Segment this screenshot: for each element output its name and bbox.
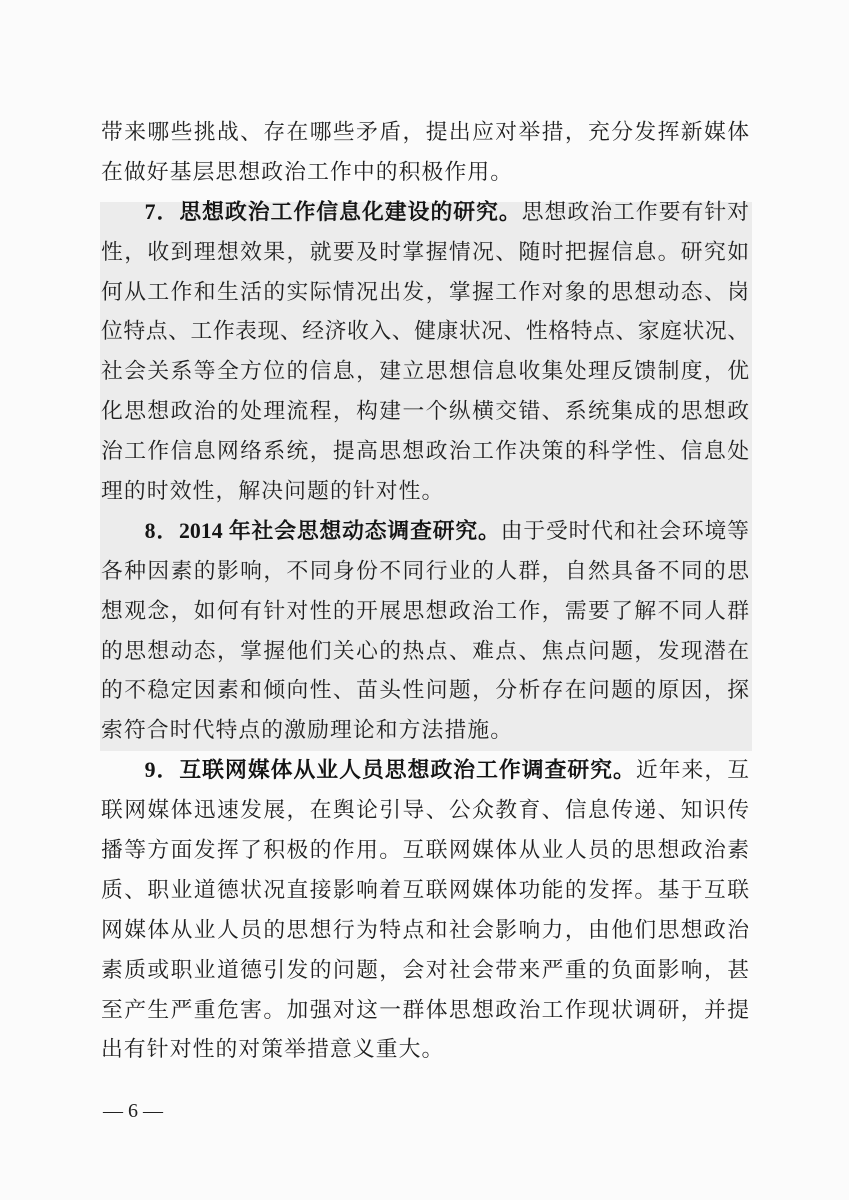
text-line: 的思想动态，掌握他们关心的热点、难点、焦点问题，发现潜在 bbox=[101, 632, 749, 672]
paragraph-7: 7．思想政治工作信息化建设的研究。思想政治工作要有针对性，收到理想效果，就要及时… bbox=[101, 193, 749, 512]
document-page: 带来哪些挑战、存在哪些矛盾，提出应对举措，充分发挥新媒体在做好基层思想政治工作中… bbox=[0, 0, 849, 1200]
text-line: 9．互联网媒体从业人员思想政治工作调查研究。近年来，互 bbox=[101, 751, 749, 791]
text-line: 位特点、工作表现、经济收入、健康状况、性格特点、家庭状况、 bbox=[101, 312, 749, 352]
body-text: 的思想动态，掌握他们关心的热点、难点、焦点问题，发现潜在 bbox=[101, 639, 749, 663]
body-text: 社会关系等全方位的信息，建立思想信息收集处理反馈制度，优 bbox=[101, 359, 749, 383]
topic-title: 7．思想政治工作信息化建设的研究。 bbox=[145, 200, 522, 224]
text-line: 质、职业道德状况直接影响着互联网媒体功能的发挥。基于互联 bbox=[101, 871, 749, 911]
text-line: 素质或职业道德引发的问题，会对社会带来严重的负面影响，甚 bbox=[101, 951, 749, 991]
paragraph-6-continuation: 带来哪些挑战、存在哪些矛盾，提出应对举措，充分发挥新媒体在做好基层思想政治工作中… bbox=[101, 113, 749, 193]
text-line: 的不稳定因素和倾向性、苗头性问题，分析存在问题的原因，探 bbox=[101, 671, 749, 711]
text-line: 联网媒体迅速发展，在舆论引导、公众教育、信息传递、知识传 bbox=[101, 791, 749, 831]
text-line: 理的时效性，解决问题的针对性。 bbox=[101, 472, 749, 512]
body-text: 至产生严重危害。加强对这一群体思想政治工作现状调研，并提 bbox=[101, 998, 749, 1022]
text-line: 性，收到理想效果，就要及时掌握情况、随时把握信息。研究如 bbox=[101, 233, 749, 273]
topic-title: 8．2014 年社会思想动态调查研究。 bbox=[145, 519, 501, 543]
body-text: 想观念，如何有针对性的开展思想政治工作，需要了解不同人群 bbox=[101, 599, 749, 623]
body-text: 质、职业道德状况直接影响着互联网媒体功能的发挥。基于互联 bbox=[101, 878, 749, 902]
text-line: 网媒体从业人员的思想行为特点和社会影响力，由他们思想政治 bbox=[101, 911, 749, 951]
body-text: 位特点、工作表现、经济收入、健康状况、性格特点、家庭状况、 bbox=[101, 319, 749, 343]
body-text: 带来哪些挑战、存在哪些矛盾，提出应对举措，充分发挥新媒体 bbox=[101, 120, 749, 144]
text-line: 治工作信息网络系统，提高思想政治工作决策的科学性、信息处 bbox=[101, 432, 749, 472]
body-text: 思想政治工作要有针对 bbox=[522, 200, 749, 224]
body-text: 网媒体从业人员的思想行为特点和社会影响力，由他们思想政治 bbox=[101, 918, 749, 942]
topic-title: 9．互联网媒体从业人员思想政治工作调查研究。 bbox=[145, 758, 636, 782]
text-line: 至产生严重危害。加强对这一群体思想政治工作现状调研，并提 bbox=[101, 991, 749, 1031]
paragraph-9: 9．互联网媒体从业人员思想政治工作调查研究。近年来，互联网媒体迅速发展，在舆论引… bbox=[101, 751, 749, 1070]
body-text: 由于受时代和社会环境等 bbox=[501, 519, 749, 543]
text-line: 在做好基层思想政治工作中的积极作用。 bbox=[101, 153, 749, 193]
text-block: 带来哪些挑战、存在哪些矛盾，提出应对举措，充分发挥新媒体在做好基层思想政治工作中… bbox=[101, 113, 749, 1070]
text-line: 7．思想政治工作信息化建设的研究。思想政治工作要有针对 bbox=[101, 193, 749, 233]
text-line: 何从工作和生活的实际情况出发，掌握工作对象的思想动态、岗 bbox=[101, 273, 749, 313]
body-text: 近年来，互 bbox=[636, 758, 749, 782]
body-text: 在做好基层思想政治工作中的积极作用。 bbox=[101, 160, 513, 184]
body-text: 各种因素的影响，不同身份不同行业的人群，自然具备不同的思 bbox=[101, 559, 749, 583]
body-text: 播等方面发挥了积极的作用。互联网媒体从业人员的思想政治素 bbox=[101, 838, 749, 862]
body-text: 索符合时代特点的激励理论和方法措施。 bbox=[101, 718, 513, 742]
paragraph-8: 8．2014 年社会思想动态调查研究。由于受时代和社会环境等各种因素的影响，不同… bbox=[101, 512, 749, 751]
text-line: 想观念，如何有针对性的开展思想政治工作，需要了解不同人群 bbox=[101, 592, 749, 632]
body-text: 治工作信息网络系统，提高思想政治工作决策的科学性、信息处 bbox=[101, 439, 749, 463]
text-line: 播等方面发挥了积极的作用。互联网媒体从业人员的思想政治素 bbox=[101, 831, 749, 871]
text-line: 出有针对性的对策举措意义重大。 bbox=[101, 1030, 749, 1070]
body-text: 理的时效性，解决问题的针对性。 bbox=[101, 479, 444, 503]
text-line: 索符合时代特点的激励理论和方法措施。 bbox=[101, 711, 749, 751]
body-text: 出有针对性的对策举措意义重大。 bbox=[101, 1037, 444, 1061]
body-text: 化思想政治的处理流程，构建一个纵横交错、系统集成的思想政 bbox=[101, 399, 749, 423]
body-text: 联网媒体迅速发展，在舆论引导、公众教育、信息传递、知识传 bbox=[101, 798, 749, 822]
body-text: 的不稳定因素和倾向性、苗头性问题，分析存在问题的原因，探 bbox=[101, 678, 749, 702]
text-line: 各种因素的影响，不同身份不同行业的人群，自然具备不同的思 bbox=[101, 552, 749, 592]
text-line: 8．2014 年社会思想动态调查研究。由于受时代和社会环境等 bbox=[101, 512, 749, 552]
text-line: 社会关系等全方位的信息，建立思想信息收集处理反馈制度，优 bbox=[101, 352, 749, 392]
text-line: 带来哪些挑战、存在哪些矛盾，提出应对举措，充分发挥新媒体 bbox=[101, 113, 749, 153]
page-number: — 6 — bbox=[103, 1096, 163, 1126]
body-text: 何从工作和生活的实际情况出发，掌握工作对象的思想动态、岗 bbox=[101, 280, 749, 304]
body-text: 素质或职业道德引发的问题，会对社会带来严重的负面影响，甚 bbox=[101, 958, 749, 982]
body-text: 性，收到理想效果，就要及时掌握情况、随时把握信息。研究如 bbox=[101, 240, 749, 264]
text-line: 化思想政治的处理流程，构建一个纵横交错、系统集成的思想政 bbox=[101, 392, 749, 432]
